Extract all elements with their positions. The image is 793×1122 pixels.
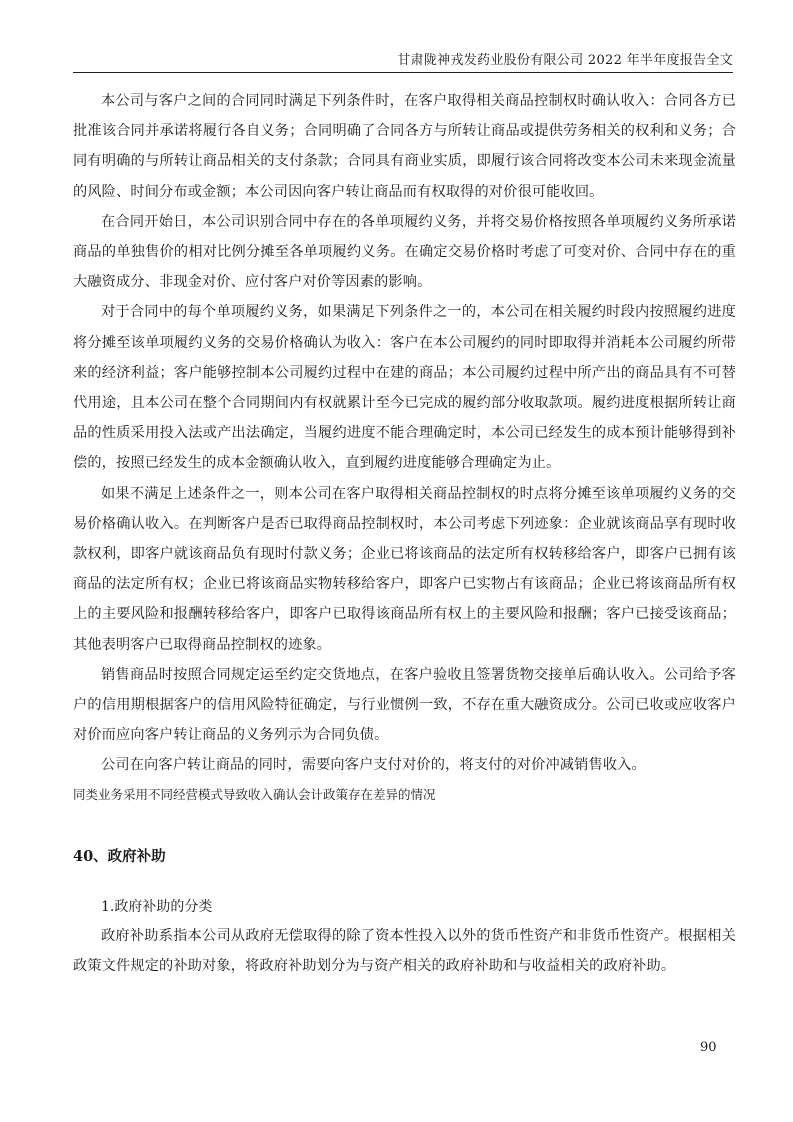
paragraph-contract-conditions: 本公司与客户之间的合同同时满足下列条件时，在客户取得相关商品控制权时确认收入：合… xyxy=(73,86,736,207)
paragraph-performance-obligations: 在合同开始日，本公司识别合同中存在的各单项履约义务，并将交易价格按照各单项履约义… xyxy=(73,207,736,298)
page-header: 甘肃陇神戎发药业股份有限公司 2022 年半年度报告全文 xyxy=(73,48,733,73)
page-number: 90 xyxy=(700,1040,717,1055)
report-title: 甘肃陇神戎发药业股份有限公司 2022 年半年度报告全文 xyxy=(397,49,733,68)
paragraph-over-time-recognition: 对于合同中的每个单项履约义务，如果满足下列条件之一的，本公司在相关履约时段内按照… xyxy=(73,297,736,478)
subheading-grant-classification: 1.政府补助的分类 xyxy=(73,893,736,921)
paragraph-sales-recognition: 销售商品时按照合同规定运至约定交货地点，在客户验收且签署货物交接单后确认收入。公… xyxy=(73,660,736,751)
document-body: 本公司与客户之间的合同同时满足下列条件时，在客户取得相关商品控制权时确认收入：合… xyxy=(73,86,736,981)
paragraph-grant-definition: 政府补助系指本公司从政府无偿取得的除了资本性投入以外的货币性资产和非货币性资产。… xyxy=(73,921,736,981)
paragraph-point-in-time-recognition: 如果不满足上述条件之一，则本公司在客户取得相关商品控制权的时点将分摊至该单项履约… xyxy=(73,479,736,660)
paragraph-consideration-payable: 公司在向客户转让商品的同时，需要向客户支付对价的，将支付的对价冲减销售收入。 xyxy=(73,750,736,780)
section-heading-government-grants: 40、政府补助 xyxy=(73,847,736,867)
note-business-model-differences: 同类业务采用不同经营模式导致收入确认会计政策存在差异的情况 xyxy=(73,785,736,805)
